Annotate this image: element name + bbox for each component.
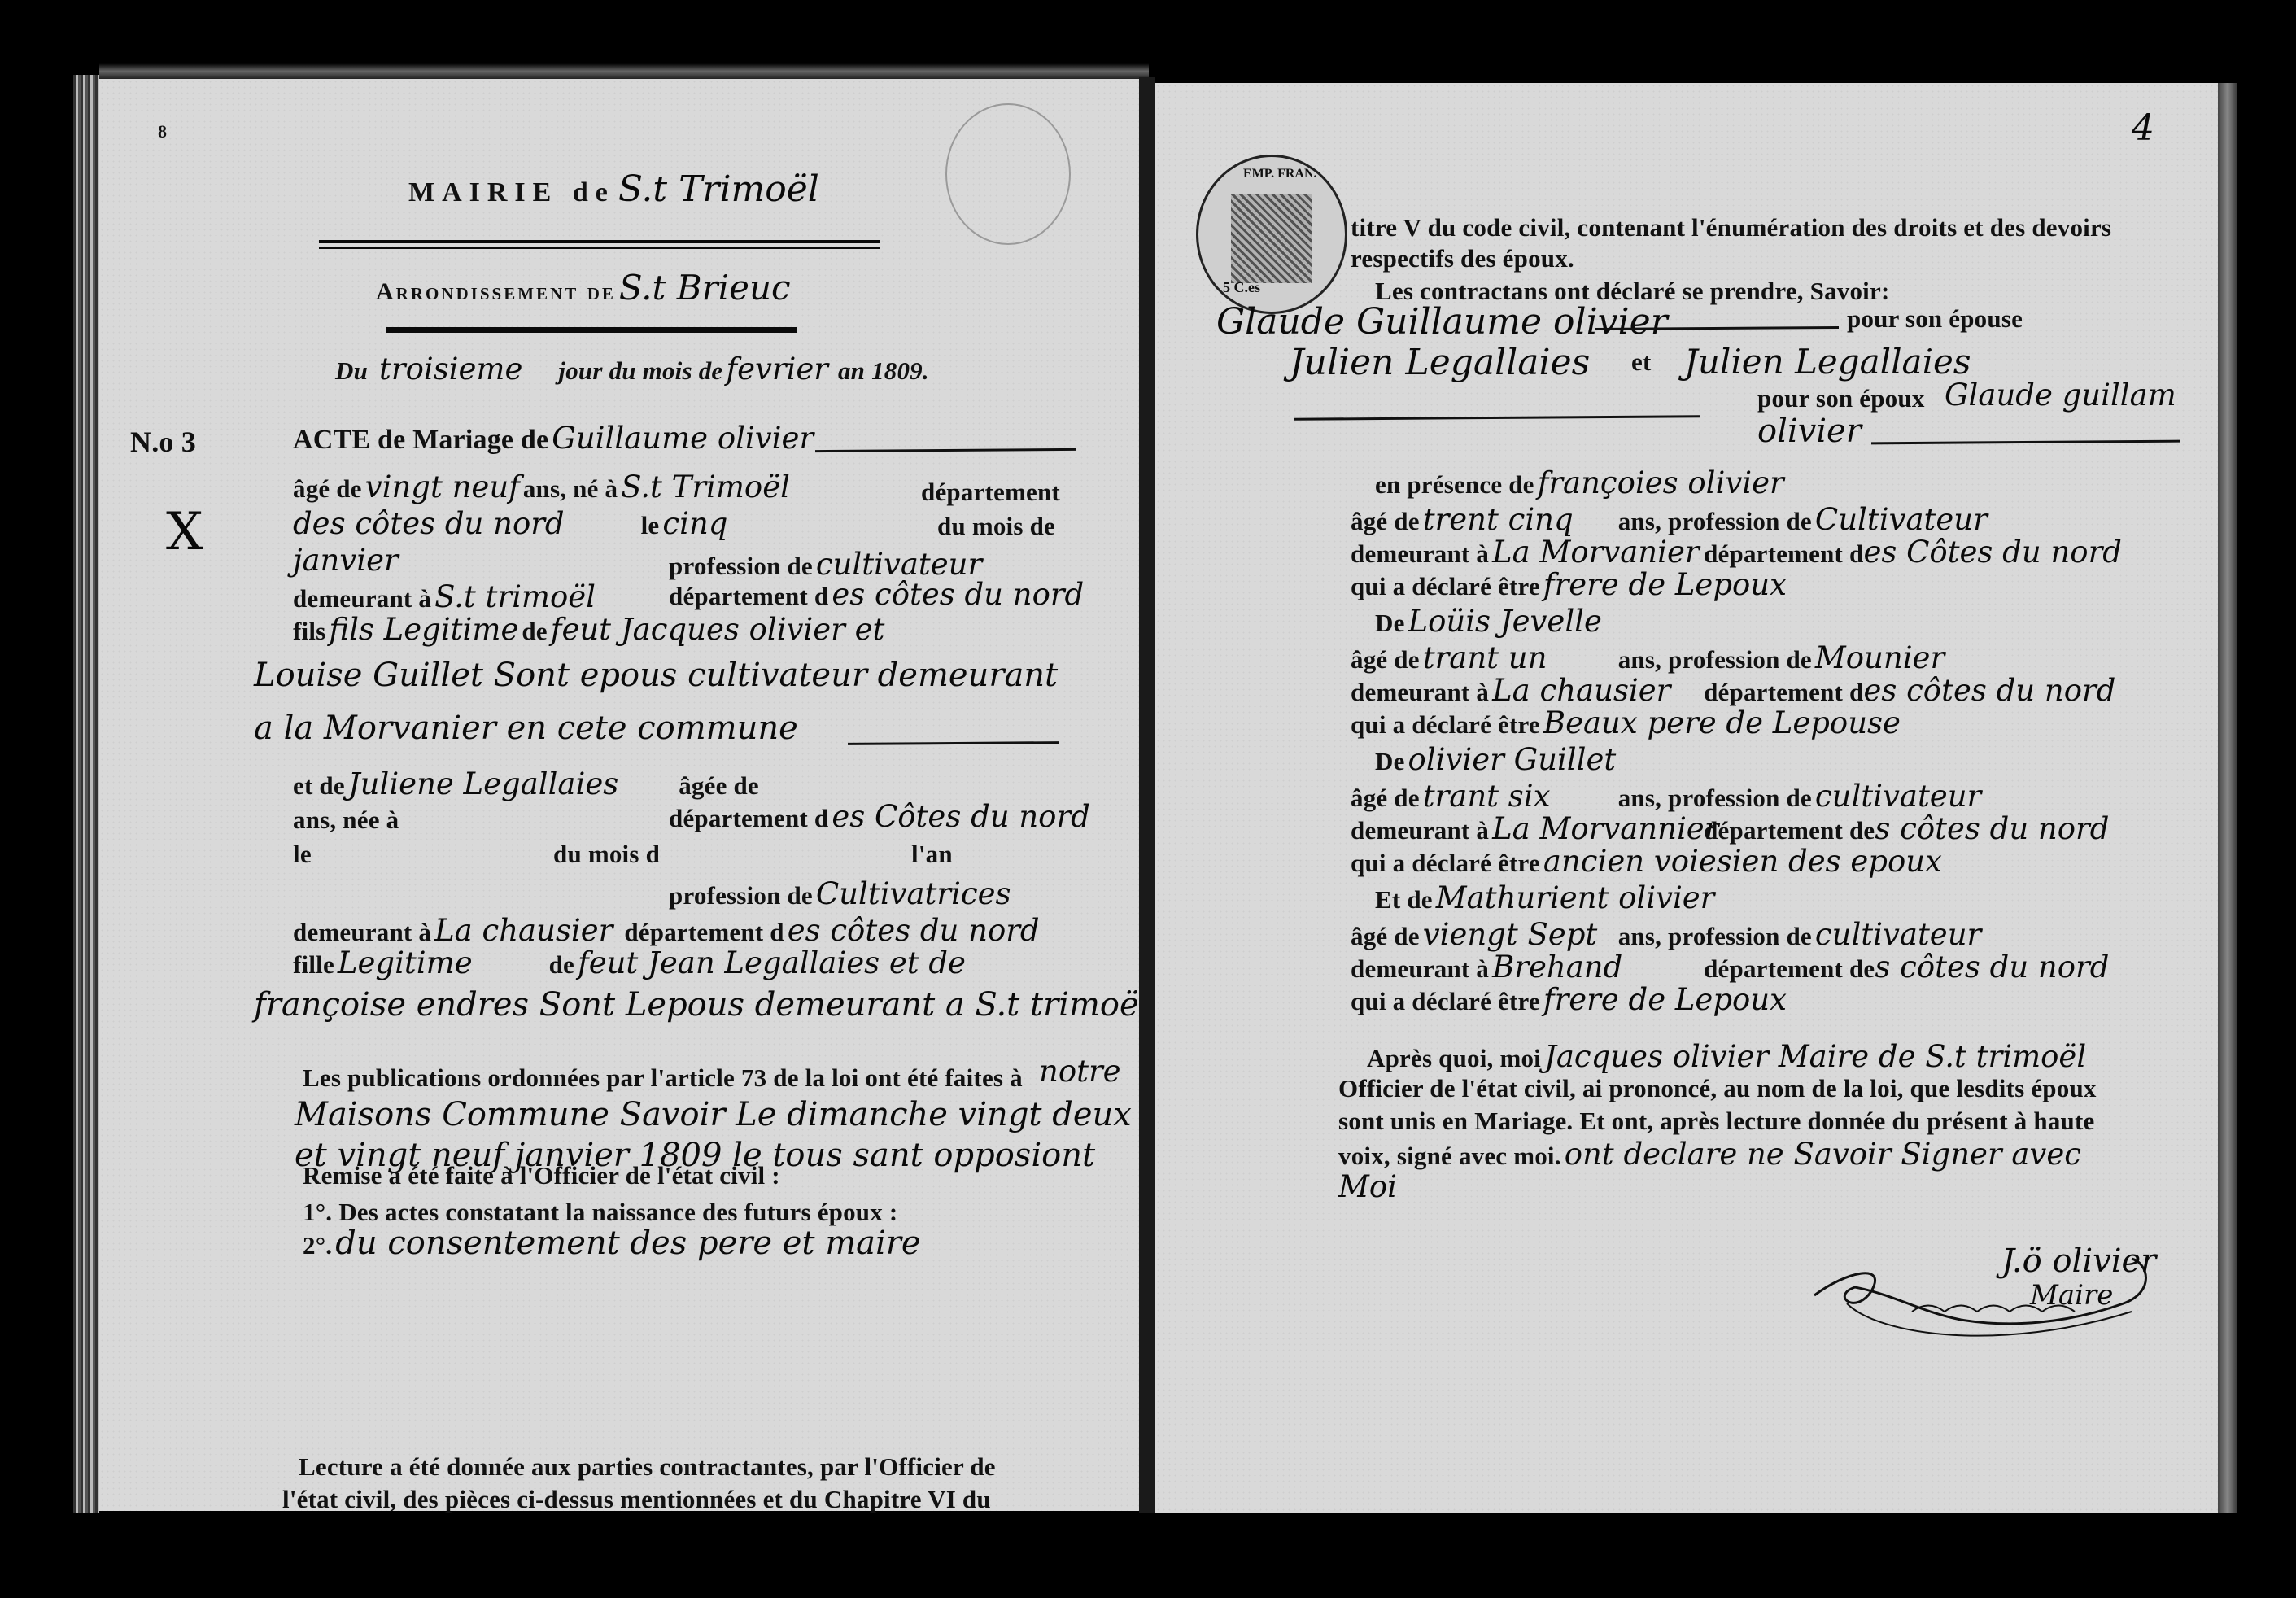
groom-name: Guillaume olivier	[552, 421, 814, 456]
groom-age-line: âgé de vingt neuf ans, né à S.t Trimoël	[293, 469, 790, 504]
groom-parents-line1: fils fils Legitime de feut Jacques olivi…	[293, 612, 884, 647]
residence: Brehand	[1492, 950, 1704, 985]
corner-page-mark: 8	[158, 121, 167, 142]
spouse1-name: Glaude Guillaume olivier	[1216, 301, 1668, 343]
age-label: âgé de	[293, 474, 362, 503]
day-label: le	[641, 511, 660, 539]
residence-label: demeurant à	[1351, 678, 1489, 706]
dept-label: département d	[1704, 539, 1863, 568]
margin-cross-mark: X	[166, 502, 203, 562]
dept-label: département de	[1704, 954, 1875, 983]
spouse2-name-a: Julien Legallaies	[1290, 342, 1590, 383]
spouse2-name-b: Julien Legallaies	[1684, 342, 1971, 382]
intro-line-1: titre V du code civil, contenant l'énumé…	[1351, 213, 2111, 242]
book-top-edge	[99, 63, 1149, 79]
residence-label: demeurant à	[1351, 816, 1489, 845]
bride-residence-line: demeurant à La chausier département d es…	[293, 913, 1040, 948]
closing-line-4: voix, signé avec moi. ont declare ne Sav…	[1338, 1137, 2081, 1172]
relation: frere de Lepoux	[1543, 567, 1787, 602]
double-rule-bottom	[319, 247, 880, 249]
dept-value: es Côtes du nord	[832, 799, 1090, 834]
son-label: fils	[293, 617, 325, 645]
faded-stamp-icon	[945, 103, 1071, 245]
son-status: fils Legitime	[329, 612, 518, 647]
residence-dept: es côtes du nord	[788, 913, 1040, 948]
lecture-line-2: l'état civil, des pièces ci-dessus menti…	[282, 1485, 991, 1514]
born-label: ans, née à	[293, 806, 399, 834]
relation-label: qui a déclaré être	[1351, 710, 1540, 739]
born-label: ans, né à	[523, 474, 618, 503]
relation: Beaux pere de Lepouse	[1543, 705, 1901, 740]
line1-printed: Après quoi, moi	[1367, 1044, 1541, 1072]
bride-profession: profession de Cultivatrices	[669, 876, 1011, 911]
age-label: âgé de	[1351, 922, 1420, 950]
arrondissement-heading: Arrondissement de S.t Brieuc	[376, 268, 791, 308]
witness-3: De olivier Guillet âgé de trant sixans, …	[1351, 742, 2197, 880]
groom-birth-dept: des côtes du nord	[293, 506, 565, 541]
record-number: N.o 3	[130, 425, 196, 459]
closing-line-3: sont unis en Mariage. Et ont, après lect…	[1338, 1107, 2094, 1136]
residence-dept-label: département d	[624, 918, 784, 946]
spouse1-name-b2: olivier	[1757, 413, 1862, 450]
profession-label: profession de	[669, 881, 813, 910]
profession: Mounier	[1815, 640, 1945, 675]
pour-son-epouse-label: pour son épouse	[1847, 304, 2023, 334]
stamp-text: EMP. FRAN.	[1243, 167, 1317, 181]
bride-residence: La chausier	[434, 913, 613, 948]
age: viengt Sept	[1423, 917, 1618, 952]
age-label: âgé de	[1351, 784, 1420, 812]
residence: La Morvanier	[1492, 535, 1704, 570]
dept-label: département d	[1704, 678, 1863, 706]
age-label: âgé de	[1351, 645, 1420, 674]
stamp-figure	[1231, 194, 1312, 283]
item2-num: 2°.	[303, 1231, 332, 1260]
age-label: âgée de	[679, 771, 759, 800]
witness-name: Mathurient olivier	[1436, 880, 1715, 915]
residence: La Morvannier	[1492, 811, 1704, 846]
remise-item-1: 1°. Des actes constatant la naissance de…	[303, 1198, 897, 1227]
groom-birth-dept-line: des côtes du nord le cinq	[293, 506, 727, 541]
intro-label: en présence de	[1375, 470, 1534, 499]
double-rule-top	[319, 240, 880, 243]
witness-2: De Loüis Jevelle âgé de trant unans, pro…	[1351, 604, 2197, 742]
profession-label: profession de	[669, 552, 813, 580]
item2-hw: du consentement des pere et maire	[335, 1225, 920, 1262]
groom-age: vingt neuf	[365, 469, 520, 504]
residence-label: demeurant à	[293, 918, 431, 946]
mairie-heading: MAIRIE de S.t Trimoël	[408, 168, 819, 210]
tax-stamp-icon: EMP. FRAN. 5 C.es	[1196, 155, 1347, 314]
closing-line-1: Après quoi, moi Jacques olivier Maire de…	[1367, 1039, 2086, 1074]
of-label: de	[549, 950, 574, 979]
parents-line1: feut Jean Legallaies et de	[578, 945, 966, 980]
age: trant un	[1423, 640, 1618, 675]
month-label: du mois d	[553, 840, 660, 869]
residence-label: demeurant à	[293, 584, 431, 613]
remise-item-2: 2°. du consentement des pere et maire	[303, 1225, 921, 1262]
profession-label: ans, profession de	[1618, 922, 1812, 950]
mayor-signature: J.ö olivier Maire	[1798, 1247, 2189, 1369]
mairie-label: MAIRIE de	[408, 177, 615, 207]
witness-1: en présence de françoies olivier âgé de …	[1351, 465, 2197, 604]
groom-birth-month: janvier	[293, 543, 399, 578]
stamp-value: 5 C.es	[1223, 279, 1260, 296]
left-page: 8 MAIRIE de S.t Trimoël Arrondissement d…	[99, 79, 1139, 1511]
signature-title: Maire	[2030, 1279, 2113, 1312]
bride-parents-line2: françoise endres Sont Lepous demeurant a…	[254, 986, 1149, 1024]
publications-printed: Les publications ordonnées par l'article…	[303, 1063, 1023, 1093]
groom-birthplace: S.t Trimoël	[621, 469, 790, 504]
relation: frere de Lepoux	[1543, 982, 1787, 1017]
fill-line	[1871, 440, 2180, 445]
daughter-label: fille	[293, 950, 334, 979]
closing-line-5: Moi	[1338, 1169, 1397, 1204]
signature-name: J.ö olivier	[2001, 1242, 2156, 1280]
of-label: de	[522, 617, 547, 645]
book-right-edge	[2218, 83, 2237, 1513]
date-year: an 1809.	[838, 356, 929, 385]
intro-label: De	[1375, 747, 1405, 775]
groom-residence-dept: département d es côtes du nord	[669, 577, 1084, 612]
pour-son-epoux-label: pour son époux	[1757, 384, 1925, 413]
line4-printed: voix, signé avec moi.	[1338, 1142, 1561, 1170]
intro-label: De	[1375, 609, 1405, 637]
fill-line	[1294, 415, 1700, 420]
profession: Cultivatrices	[816, 876, 1011, 911]
publications-hw-0: notre	[1039, 1054, 1121, 1089]
dept: s côtes du nord	[1875, 811, 2109, 846]
fill-line	[848, 741, 1059, 745]
and-label: et de	[293, 771, 345, 800]
residence-label: demeurant à	[1351, 954, 1489, 983]
thick-rule	[386, 327, 797, 333]
witness-name: Loüis Jevelle	[1408, 604, 1602, 639]
day-label: le	[293, 840, 312, 868]
date-middle: jour du mois de	[558, 356, 722, 385]
dept-label: département	[921, 478, 1060, 507]
bride-birth-line: ans, née à	[293, 806, 399, 835]
witness-name: françoies olivier	[1538, 465, 1784, 500]
date-line: Du troisieme jour du mois de fevrier an …	[335, 351, 929, 386]
date-day: troisieme	[379, 351, 522, 386]
arrondissement-label: Arrondissement de	[376, 278, 616, 305]
dept-label: département de	[1704, 816, 1875, 845]
witness-name: olivier Guillet	[1408, 742, 1617, 777]
intro-label: Et de	[1375, 885, 1433, 914]
relation-label: qui a déclaré être	[1351, 849, 1540, 877]
groom-parents-line2: Louise Guillet Sont epous cultivateur de…	[254, 657, 1058, 694]
groom-residence-line: demeurant à S.t trimoël	[293, 579, 596, 614]
profession: cultivateur	[1815, 917, 1981, 952]
relation-label: qui a déclaré être	[1351, 572, 1540, 600]
spouse1-name-b1: Glaude guillam	[1945, 378, 2176, 413]
book-gutter	[1139, 77, 1155, 1513]
profession: cultivateur	[1815, 779, 1981, 814]
parents-line1: feut Jacques olivier et	[551, 612, 885, 647]
publications-hw-1: Maisons Commune Savoir Le dimanche vingt…	[295, 1096, 1132, 1133]
profession: Cultivateur	[1815, 502, 1988, 537]
date-prefix: Du	[335, 356, 368, 385]
residence-dept: es côtes du nord	[832, 577, 1084, 612]
age: trant six	[1423, 779, 1618, 814]
right-page: 4 EMP. FRAN. 5 C.es titre V du code civi…	[1155, 83, 2218, 1513]
groom-parents-line3: a la Morvanier en cete commune	[254, 709, 798, 747]
bride-name-line: et de Juliene Legallaies âgée de	[293, 766, 759, 801]
residence: La chausier	[1492, 673, 1704, 708]
lecture-line-1: Lecture a été donnée aux parties contrac…	[299, 1452, 996, 1482]
mayor-name: Jacques olivier Maire de S.t trimoël	[1544, 1039, 2086, 1074]
month-label: du mois de	[937, 512, 1055, 541]
bride-birth-dept: département d es Côtes du nord	[669, 799, 1090, 834]
page-number: 4	[2132, 107, 2154, 149]
age: trent cinq	[1423, 502, 1618, 537]
acte-line: ACTE de Mariage de Guillaume olivier	[293, 421, 814, 456]
dept: es Côtes du nord	[1863, 535, 2122, 570]
closing-line-2: Officier de l'état civil, ai prononcé, a…	[1338, 1074, 2097, 1103]
witness-4: Et de Mathurient olivier âgé de viengt S…	[1351, 880, 2197, 1019]
relation-label: qui a déclaré être	[1351, 987, 1540, 1015]
age-label: âgé de	[1351, 507, 1420, 535]
remise-heading: Remise a été faite à l'Officier de l'éta…	[303, 1161, 780, 1190]
year-label: l'an	[911, 840, 953, 869]
mairie-value: S.t Trimoël	[618, 168, 819, 210]
daughter-status: Legitime	[338, 945, 473, 980]
dept: es côtes du nord	[1863, 673, 2115, 708]
profession-label: ans, profession de	[1618, 507, 1812, 535]
bride-parents-line1: fille Legitime de feut Jean Legallaies e…	[293, 945, 966, 980]
dept-label: département d	[669, 804, 828, 832]
date-month: fevrier	[726, 351, 828, 386]
fill-line	[815, 448, 1076, 452]
residence-dept-label: département d	[669, 582, 828, 610]
residence-label: demeurant à	[1351, 539, 1489, 568]
line4-hw: ont declare ne Savoir Signer avec	[1565, 1137, 2081, 1172]
acte-label: ACTE de Mariage de	[293, 425, 548, 455]
bride-birth-date-line: le du mois d l'an	[293, 840, 1050, 869]
book-left-edge	[73, 75, 99, 1513]
profession-label: ans, profession de	[1618, 645, 1812, 674]
groom-residence: S.t trimoël	[434, 579, 596, 614]
profession-label: ans, profession de	[1618, 784, 1812, 812]
intro-line-2: respectifs des époux.	[1351, 244, 1574, 273]
groom-birth-day: cinq	[662, 506, 727, 541]
groom-profession-line: janvier	[293, 543, 399, 578]
dept: s côtes du nord	[1875, 950, 2109, 985]
arrondissement-value: S.t Brieuc	[619, 268, 791, 308]
bride-name: Juliene Legallaies	[348, 766, 618, 801]
relation: ancien voiesien des epoux	[1543, 844, 1942, 879]
and-label: et	[1631, 347, 1651, 377]
